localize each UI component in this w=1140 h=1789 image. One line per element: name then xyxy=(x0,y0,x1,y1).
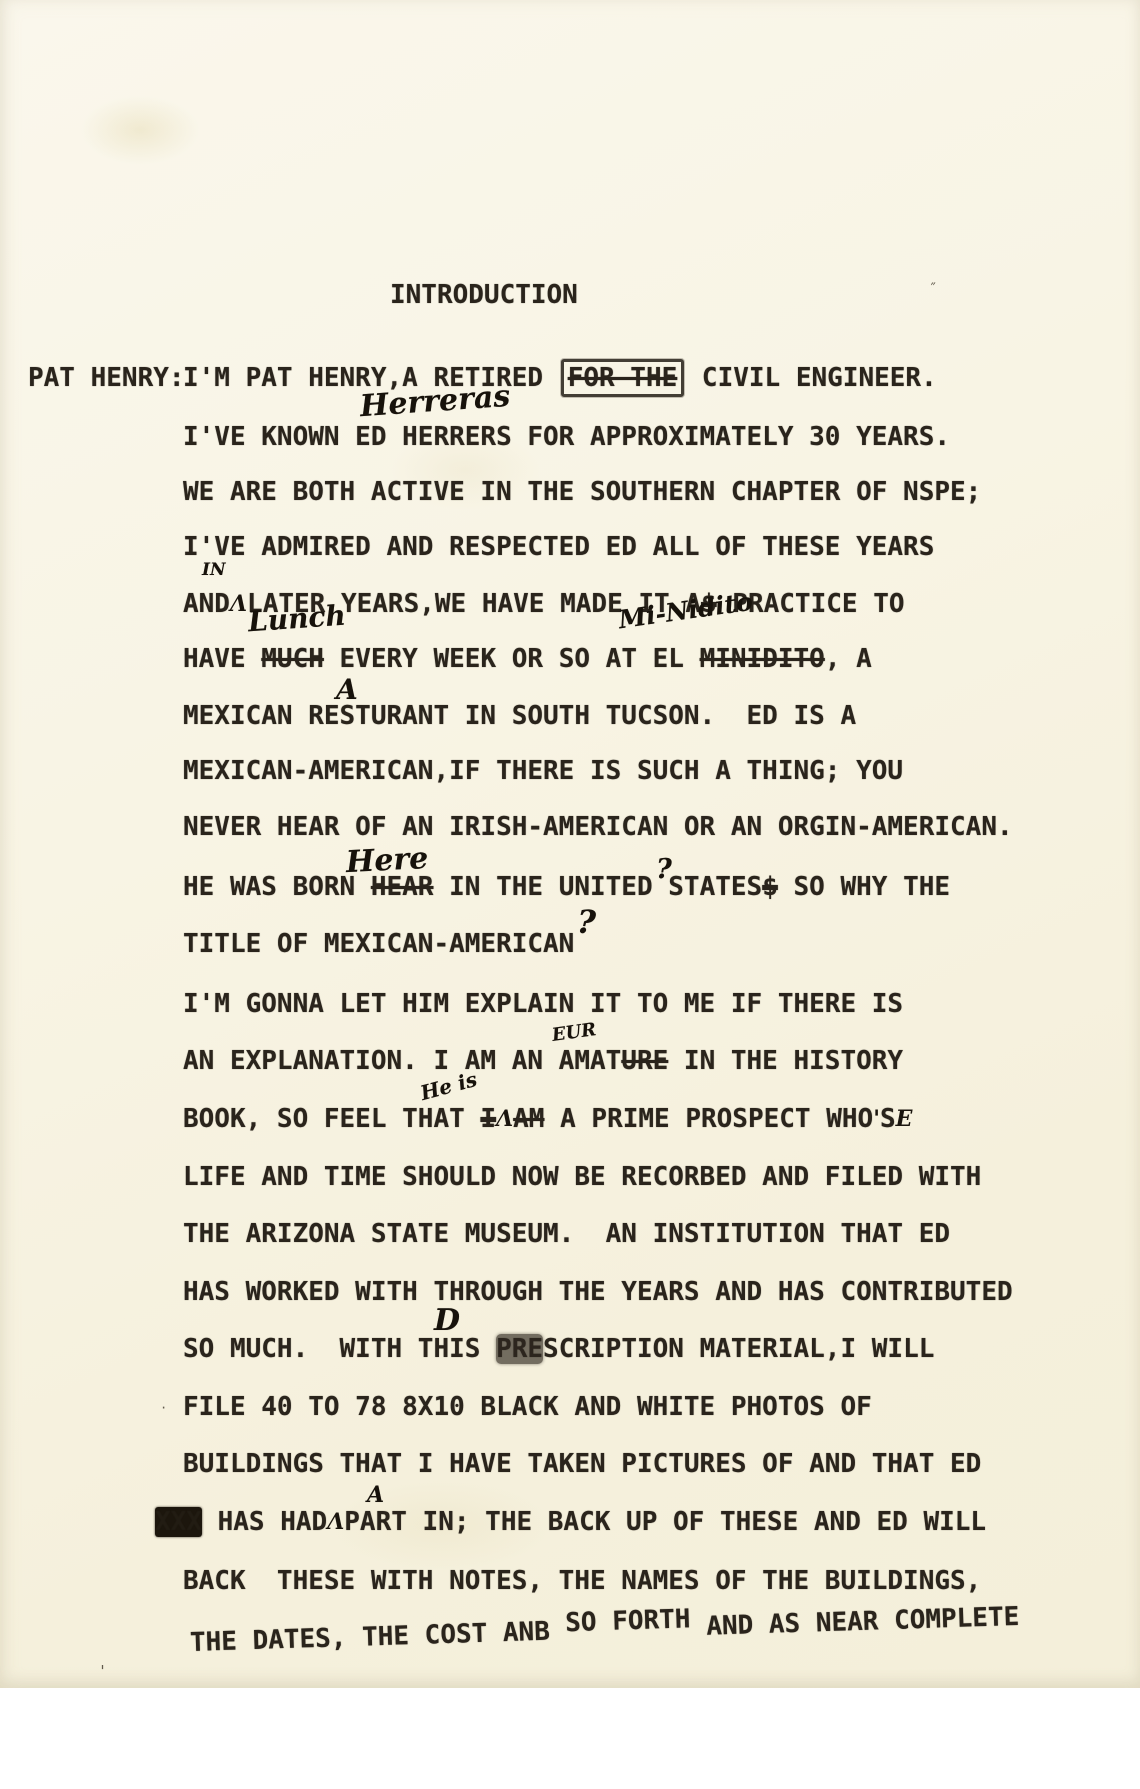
typed-segment: AN EXPLANATION. I AM AN AMAT xyxy=(183,1046,621,1076)
typed-segment-hw: Λ xyxy=(230,591,247,617)
typed-segment-raised: SO FORTH xyxy=(565,1604,691,1638)
typed-segment: PART IN; THE BACK UP OF THESE AND ED WIL… xyxy=(344,1507,986,1537)
line-13: AN EXPLANATION. I AM AN AMATURE IN THE H… xyxy=(183,1048,903,1074)
scanned-page-background: { "document": { "title": "INTRODUCTION",… xyxy=(0,0,1140,1789)
typed-segment: SCRIPTION MATERIAL,I WILL xyxy=(543,1334,934,1364)
typed-segment: I'M GONNA LET HIM EXPLAIN IT TO ME IF TH… xyxy=(183,989,903,1019)
speck-mid-left: · xyxy=(160,1402,167,1414)
speck-top-right: ″ xyxy=(929,282,937,296)
typed-segment: IN THE UNITED STATES xyxy=(433,872,762,902)
typed-segment: LIFE AND TIME SHOULD NOW BE RECORBED AND… xyxy=(183,1162,981,1192)
handwritten-note-d-description: D xyxy=(434,1306,460,1336)
typed-segment: FILE 40 TO 78 8X10 BLACK AND WHITE PHOTO… xyxy=(183,1392,872,1422)
typed-segment: I'VE KNOWN ED HERRERS FOR APPROXIMATELY … xyxy=(183,422,950,452)
typed-segment: MEXICAN-AMERICAN,IF THERE IS SUCH A THIN… xyxy=(183,756,903,786)
typed-segment-hw: Λ xyxy=(496,1106,513,1132)
document-paper: INTRODUCTION PAT HENRY: I'M PAT HENRY,A … xyxy=(0,0,1140,1688)
typed-segment: , A xyxy=(825,644,872,674)
line-12: I'M GONNA LET HIM EXPLAIN IT TO ME IF TH… xyxy=(183,991,903,1017)
typed-segment: SO MUCH. WITH THIS xyxy=(183,1334,496,1364)
typed-segment-xstruck: I xyxy=(480,1104,496,1134)
typed-segment-blot: PRE xyxy=(496,1334,543,1364)
typed-segment: BOOK, SO FEEL THAT xyxy=(183,1104,480,1134)
handwritten-note-here: Here xyxy=(345,844,429,878)
typed-segment: SO WHY THE xyxy=(778,872,950,902)
typed-segment: S xyxy=(880,1104,896,1134)
typed-segment-blackout: XXX xyxy=(155,1507,202,1537)
line-02: I'VE KNOWN ED HERRERS FOR APPROXIMATELY … xyxy=(183,424,950,450)
line-18: SO MUCH. WITH THIS PRESCRIPTION MATERIAL… xyxy=(183,1336,934,1362)
typed-segment: WE ARE BOTH ACTIVE IN THE SOUTHERN CHAPT… xyxy=(183,477,981,507)
line-19: FILE 40 TO 78 8X10 BLACK AND WHITE PHOTO… xyxy=(183,1394,872,1420)
line-21: XXX HAS HADΛPART IN; THE BACK UP OF THES… xyxy=(155,1509,986,1535)
typed-segment-boxed-struck: FOR THE xyxy=(561,359,685,397)
typed-segment: HAS HAD xyxy=(202,1507,327,1537)
typed-segment: HE WAS BORN xyxy=(183,872,371,902)
handwritten-note-in-insert: IN xyxy=(202,562,226,579)
line-15: LIFE AND TIME SHOULD NOW BE RECORBED AND… xyxy=(183,1164,981,1190)
typed-segment: BACK THESE WITH NOTES, THE NAMES OF THE … xyxy=(183,1566,981,1596)
paper-stain xyxy=(80,95,200,165)
line-23: THE DATES, THE COST ANB SO FORTH AND AS … xyxy=(190,1604,1020,1656)
typed-segment: BUILDINGS THAT I HAVE TAKEN PICTURES OF … xyxy=(183,1449,981,1479)
line-10: HE WAS BORN HEAR IN THE UNITED STATES$ S… xyxy=(183,874,950,900)
page-title: INTRODUCTION xyxy=(390,282,578,308)
line-01: I'M PAT HENRY,A RETIRED FOR THE CIVIL EN… xyxy=(183,365,937,391)
line-03: WE ARE BOTH ACTIVE IN THE SOUTHERN CHAPT… xyxy=(183,479,981,505)
typed-segment-hw: Λ xyxy=(327,1509,344,1535)
typed-segment-struck: MUCH xyxy=(261,644,324,674)
typed-segment: NEVER HEAR OF AN IRISH-AMERICAN OR AN OR… xyxy=(183,812,1013,842)
line-22: BACK THESE WITH NOTES, THE NAMES OF THE … xyxy=(183,1568,981,1594)
line-16: THE ARIZONA STATE MUSEUM. AN INSTITUTION… xyxy=(183,1221,950,1247)
typed-segment-hw: ' xyxy=(873,1106,880,1132)
handwritten-note-eur: EUR xyxy=(551,1021,597,1045)
typed-segment: HAVE xyxy=(183,644,261,674)
handwritten-note-question-states: ? xyxy=(656,856,672,883)
typed-segment: TITLE OF MEXICAN-AMERICAN xyxy=(183,929,574,959)
handwritten-note-a-resturant: A xyxy=(336,676,358,704)
typed-segment-xstruck: $ xyxy=(762,872,778,902)
line-11: TITLE OF MEXICAN-AMERICAN xyxy=(183,931,574,957)
line-09: NEVER HEAR OF AN IRISH-AMERICAN OR AN OR… xyxy=(183,814,1013,840)
speaker-label: PAT HENRY: xyxy=(28,365,185,391)
line-06: HAVE MUCH EVERY WEEK OR SO AT EL MINIDIT… xyxy=(183,646,872,672)
handwritten-note-herreras: Herreras xyxy=(359,382,511,422)
typed-segment: A PRIME PROSPECT WHO xyxy=(544,1104,873,1134)
typed-segment: AND xyxy=(183,589,230,619)
typed-segment-hw: E xyxy=(896,1106,913,1132)
line-07: MEXICAN RESTURANT IN SOUTH TUCSON. ED IS… xyxy=(183,703,856,729)
line-17: HAS WORKED WITH THROUGH THE YEARS AND HA… xyxy=(183,1279,1013,1305)
line-04: I'VE ADMIRED AND RESPECTED ED ALL OF THE… xyxy=(183,534,934,560)
handwritten-note-question-title: ? xyxy=(576,906,596,939)
speck-bottom-left: ' xyxy=(98,1664,107,1679)
typed-segment: EVERY WEEK OR SO AT EL xyxy=(324,644,700,674)
line-20: BUILDINGS THAT I HAVE TAKEN PICTURES OF … xyxy=(183,1451,981,1477)
typed-segment: CIVIL ENGINEER. xyxy=(686,363,936,393)
typed-segment: I'VE ADMIRED AND RESPECTED ED ALL OF THE… xyxy=(183,532,934,562)
line-14: BOOK, SO FEEL THAT IΛAM A PRIME PROSPECT… xyxy=(183,1106,912,1132)
typed-segment: THE ARIZONA STATE MUSEUM. AN INSTITUTION… xyxy=(183,1219,950,1249)
typed-segment: THE DATES, THE COST ANB xyxy=(190,1616,566,1658)
typed-segment: HAS WORKED WITH THROUGH THE YEARS AND HA… xyxy=(183,1277,1013,1307)
typed-segment: AND AS NEAR COMPLETE xyxy=(690,1602,1020,1642)
typed-segment: IN THE HISTORY xyxy=(668,1046,903,1076)
typed-segment: MEXICAN RESTURANT IN SOUTH TUCSON. ED IS… xyxy=(183,701,856,731)
line-08: MEXICAN-AMERICAN,IF THERE IS SUCH A THIN… xyxy=(183,758,903,784)
typed-segment-struck: AM xyxy=(513,1104,544,1134)
typed-segment-struck: MINIDITO xyxy=(700,644,825,674)
typed-segment-struck: URE xyxy=(621,1046,668,1076)
handwritten-note-a-part: A xyxy=(367,1484,384,1506)
handwritten-note-lunch: Lunch xyxy=(247,602,347,637)
